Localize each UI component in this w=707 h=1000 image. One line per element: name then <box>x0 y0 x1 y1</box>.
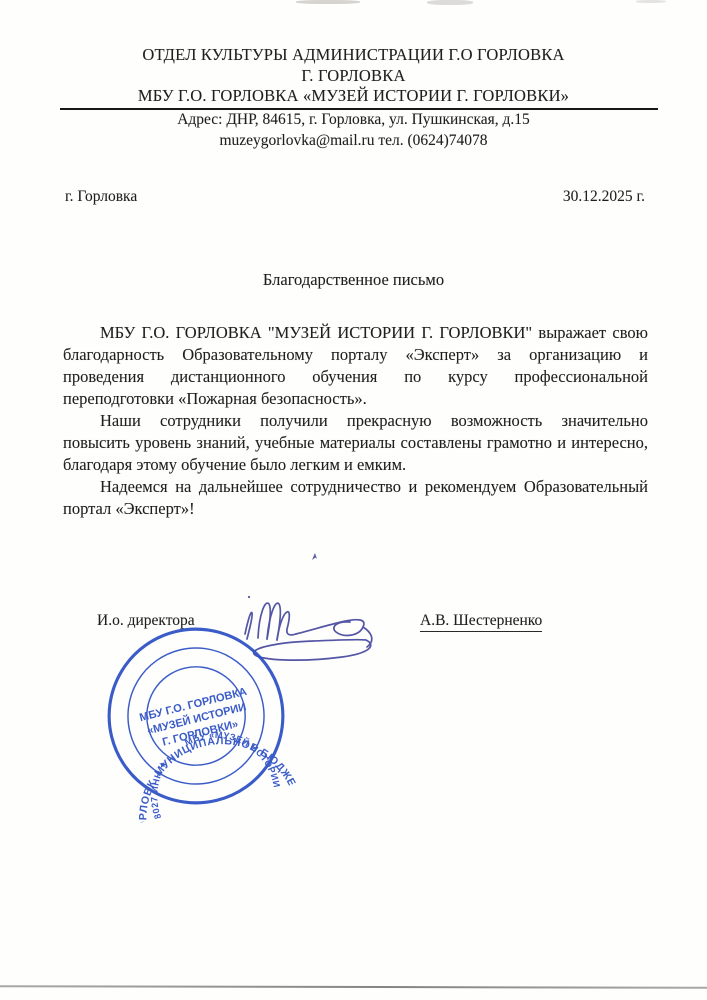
org-address: Адрес: ДНР, 84615, г. Горловка, ул. Пушк… <box>0 111 707 129</box>
paragraph-line: переподготовки «Пожарная безопасность». <box>63 388 648 410</box>
scan-artifact <box>296 0 360 4</box>
paragraph-line: благодарность Образовательному порталу «… <box>63 344 648 366</box>
letterhead: ОТДЕЛ КУЛЬТУРЫ АДМИНИСТРАЦИИ Г.О ГОРЛОВК… <box>0 45 707 107</box>
paragraph-line: Наши сотрудники получили прекрасную возм… <box>63 410 648 432</box>
paragraph-line: благодаря этому обучение было легким и е… <box>63 454 648 476</box>
letter-body: МБУ Г.О. ГОРЛОВКА "МУЗЕЙ ИСТОРИИ Г. ГОРЛ… <box>63 322 648 520</box>
scan-artifact <box>427 0 473 5</box>
paragraph-line: проведения дистанционного обучения по ку… <box>63 366 648 388</box>
signer-name: А.В. Шестерненко <box>420 612 542 632</box>
paragraph-line: Надеемся на дальнейшее сотрудничество и … <box>63 476 648 498</box>
scan-artifact <box>636 0 666 3</box>
org-name-line2: Г. ГОРЛОВКА <box>0 66 707 87</box>
dateline-date: 30.12.2025 г. <box>563 188 645 206</box>
letterhead-divider <box>60 108 658 110</box>
org-name-line1: ОТДЕЛ КУЛЬТУРЫ АДМИНИСТРАЦИИ Г.О ГОРЛОВК… <box>0 45 707 66</box>
scanned-letter-page: ОТДЕЛ КУЛЬТУРЫ АДМИНИСТРАЦИИ Г.О ГОРЛОВК… <box>0 0 707 1000</box>
paragraph-line: МБУ Г.О. ГОРЛОВКА "МУЗЕЙ ИСТОРИИ Г. ГОРЛ… <box>63 322 648 344</box>
dateline-place: г. Горловка <box>65 188 137 206</box>
org-contact: muzeygorlovka@mail.ru тел. (0624)74078 <box>0 132 707 150</box>
org-name-line3: МБУ Г.О. ГОРЛОВКА «МУЗЕЙ ИСТОРИИ Г. ГОРЛ… <box>0 86 707 107</box>
paragraph-line: повысить уровень знаний, учебные материа… <box>63 432 648 454</box>
ink-speck <box>311 552 319 561</box>
scan-edge-line <box>0 985 707 988</box>
document-title: Благодарственное письмо <box>0 270 707 290</box>
paragraph-line: портал «Эксперт»! <box>63 498 648 520</box>
